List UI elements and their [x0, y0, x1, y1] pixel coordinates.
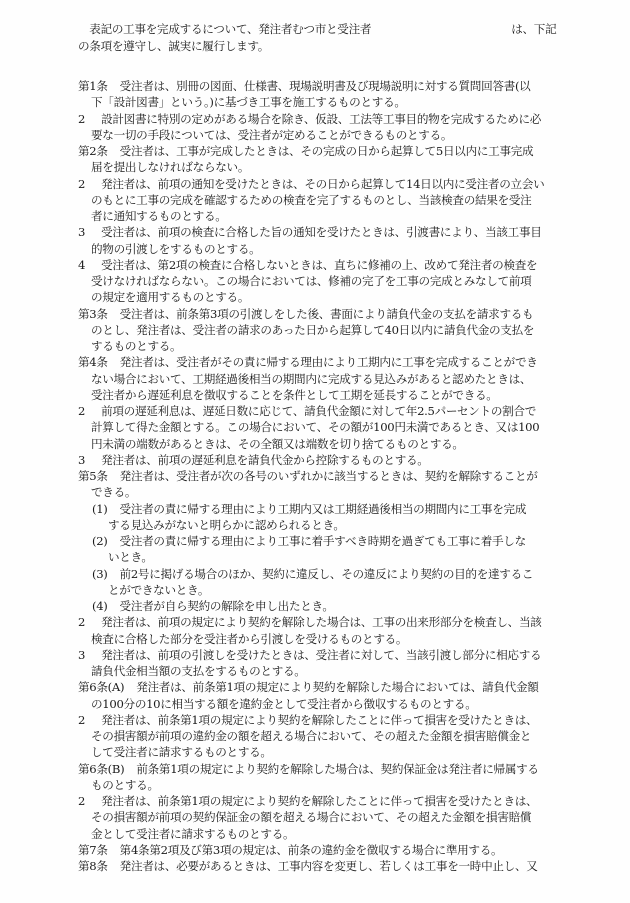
- clause-line-start: (1)受注者の責に帰する理由により工期内又は工期経過後相当の期間内に工事を完成: [78, 501, 548, 517]
- clause-line-start: 2発注者は、前条第1項の規定により契約を解除したことに伴って損害を受けたときは、: [78, 793, 548, 809]
- clause-number: 3: [78, 224, 85, 240]
- clause-number: 2: [78, 614, 85, 630]
- clause-text: その損害額が前項の違約金の額を超える場合において、その超えた金額を損害賠償金と: [91, 729, 531, 743]
- contract-clauses: 第1条受注者は、別冊の図面、仕様書、現場説明書及び現場説明に対する質問回答書(以…: [78, 78, 548, 874]
- clause-line-continuation: 下「設計図書」という。)に基づき工事を施工するものとする。: [78, 94, 548, 110]
- contract-document-page: 表記の工事を完成するについて、発注者むつ市と受注者は、下記 の条項を遵守し、誠実…: [0, 0, 630, 903]
- clause-line-continuation: するものとする。: [78, 338, 548, 354]
- clause-text: 受注者は、前条第3項の引渡しをした後、書面により請負代金の支払を請求するも: [120, 307, 534, 321]
- clause-number: 3: [78, 452, 85, 468]
- clause-text: 受注者の責に帰する理由により工事に着手すべき時期を過ぎても工事に着手しな: [120, 534, 526, 548]
- clause-line-start: (3)前2号に掲げる場合のほか、契約に違反し、その違反により契約の目的を達するこ: [78, 566, 548, 582]
- clause-text: 金として受注者に請求するものとする。: [91, 827, 294, 841]
- clause-text: 者に通知するものとする。: [91, 209, 227, 223]
- clause-number: 2: [78, 403, 85, 419]
- clause-text: するものとする。: [91, 339, 181, 353]
- clause-line-start: 第3条受注者は、前条第3項の引渡しをした後、書面により請負代金の支払を請求するも: [78, 306, 548, 322]
- clause-line-continuation: とができないとき。: [78, 582, 548, 598]
- clause-text: のもとに工事の完成を確認するための検査を完了するものとし、当該検査の結果を受注: [91, 193, 531, 207]
- clause-text: 発注者は、前項の引渡しを受けたときは、受注者に対して、当該引渡し部分に相応する: [101, 648, 541, 662]
- clause-line-start: 第8条発注者は、必要があるときは、工事内容を変更し、若しくは工事を一時中止し、又: [78, 858, 548, 874]
- clause-text: 受注者は、別冊の図面、仕様書、現場説明書及び現場説明に対する質問回答書(以: [120, 79, 531, 93]
- clause-number: 2: [78, 793, 85, 809]
- clause-line-continuation: その損害額が前項の違約金の額を超える場合において、その超えた金額を損害賠償金と: [78, 728, 548, 744]
- clause-text: 要な一切の手段については、受注者が定めることができるものとする。: [91, 128, 452, 142]
- clause-number: (2): [92, 533, 108, 549]
- preamble: 表記の工事を完成するについて、発注者むつ市と受注者は、下記 の条項を遵守し、誠実…: [78, 21, 548, 55]
- clause-line-start: 2発注者は、前項の通知を受けたときは、その日から起算して14日以内に受注者の立会…: [78, 176, 548, 192]
- clause-number: 第1条: [78, 78, 108, 94]
- clause-text: 発注者は、前項の通知を受けたときは、その日から起算して14日以内に受注者の立会い: [101, 177, 544, 191]
- clause-text: 受注者から遅延利息を徴収することを条件として工期を延長することができる。: [91, 388, 498, 402]
- clause-line-start: 2設計図書に特別の定めがある場合を除き、仮設、工法等工事目的物を完成するために必: [78, 111, 548, 127]
- clause-text: 受注者の責に帰する理由により工期内又は工期経過後相当の期間内に工事を完成: [120, 502, 527, 516]
- clause-number: 2: [78, 712, 85, 728]
- clause-number: 第4条: [78, 354, 108, 370]
- clause-text: 前条第1項の規定により契約を解除した場合は、契約保証金は発注者に帰属する: [136, 762, 538, 776]
- clause-text: 前項の遅延利息は、遅延日数に応じて、請負代金額に対して年2.5パーセントの割合で: [101, 404, 536, 418]
- clause-text: 受注者が自ら契約の解除を申し出たとき。: [120, 599, 334, 613]
- clause-text: 受注者は、第2項の検査に合格しないときは、直ちに修補の上、改めて発注者の検査を: [101, 258, 537, 272]
- clause-line-start: (2)受注者の責に帰する理由により工事に着手すべき時期を過ぎても工事に着手しな: [78, 533, 548, 549]
- clause-text: ものとする。: [91, 778, 159, 792]
- clause-line-start: 第4条発注者は、受注者がその責に帰する理由により工期内に工事を完成することができ: [78, 354, 548, 370]
- clause-line-start: 第5条発注者は、受注者が次の各号のいずれかに該当するときは、契約を解除することが: [78, 468, 548, 484]
- clause-number: 第7条: [78, 842, 108, 858]
- clause-line-start: 第7条第4条第2項及び第3項の規定は、前条の違約金を徴収する場合に準用する。: [78, 842, 548, 858]
- clause-text: 発注者は、前項の規定により契約を解除した場合は、工事の出来形部分を検査し、当該: [101, 615, 541, 629]
- clause-line-start: 第2条受注者は、工事が完成したときは、その完成の日から起算して5日以内に工事完成: [78, 143, 548, 159]
- clause-line-start: 2発注者は、前条第1項の規定により契約を解除したことに伴って損害を受けたときは、: [78, 712, 548, 728]
- clause-line-continuation: 金として受注者に請求するものとする。: [78, 826, 548, 842]
- preamble-text-b: は、下記: [511, 22, 556, 36]
- clause-line-continuation: いとき。: [78, 549, 548, 565]
- clause-line-continuation: 者に通知するものとする。: [78, 208, 548, 224]
- preamble-text-a: 表記の工事を完成するについて、発注者むつ市と受注者: [78, 22, 371, 36]
- clause-text: ない場合において、工期経過後相当の期間内に完成する見込みがあると認めたときは、: [91, 372, 531, 386]
- clause-text: いとき。: [108, 550, 153, 564]
- clause-line-start: 第6条(A)発注者は、前条第1項の規定により契約を解除した場合においては、請負代…: [78, 679, 548, 695]
- clause-text: の100分の10に相当する額を違約金として受注者から徴収するものとする。: [91, 697, 477, 711]
- clause-text: 発注者は、前条第1項の規定により契約を解除したことに伴って損害を受けたときは、: [101, 794, 537, 808]
- clause-line-continuation: 届を提出しなければならない。: [78, 159, 548, 175]
- clause-number: 2: [78, 111, 85, 127]
- clause-line-continuation: 計算して得た金額とする。この場合において、その額が100円未満であるとき、又は1…: [78, 419, 548, 435]
- clause-line-start: 2前項の遅延利息は、遅延日数に応じて、請負代金額に対して年2.5パーセントの割合…: [78, 403, 548, 419]
- clause-line-start: 3受注者は、前項の検査に合格した旨の通知を受けたときは、引渡書により、当該工事目: [78, 224, 548, 240]
- clause-number: (4): [92, 598, 108, 614]
- clause-text: 届を提出しなければならない。: [91, 160, 249, 174]
- clause-line-start: 3発注者は、前項の遅延利息を請負代金から控除するものとする。: [78, 452, 548, 468]
- clause-text: とができないとき。: [108, 583, 209, 597]
- preamble-line-2: の条項を遵守し、誠実に履行します。: [78, 38, 548, 55]
- clause-line-start: 4受注者は、第2項の検査に合格しないときは、直ちに修補の上、改めて発注者の検査を: [78, 257, 548, 273]
- clause-line-continuation: 円未満の端数があるときは、その全額又は端数を切り捨てるものとする。: [78, 436, 548, 452]
- clause-number: 第3条: [78, 306, 108, 322]
- clause-line-start: (4)受注者が自ら契約の解除を申し出たとき。: [78, 598, 548, 614]
- clause-text: 検査に合格した部分を受注者から引渡しを受けるものとする。: [91, 632, 407, 646]
- clause-text: の規定を適用するものとする。: [91, 290, 249, 304]
- clause-line-continuation: 検査に合格した部分を受注者から引渡しを受けるものとする。: [78, 631, 548, 647]
- preamble-line-1: 表記の工事を完成するについて、発注者むつ市と受注者は、下記: [78, 21, 548, 38]
- clause-line-continuation: 的物の引渡しをするものとする。: [78, 241, 548, 257]
- clause-text: 前2号に掲げる場合のほか、契約に違反し、その違反により契約の目的を達するこ: [120, 567, 534, 581]
- clause-text: 受けなければならない。この場合においては、修補の完了を工事の完成とみなして前項: [91, 274, 531, 288]
- clause-text: 第4条第2項及び第3項の規定は、前条の違約金を徴収する場合に準用する。: [120, 843, 503, 857]
- clause-line-continuation: できる。: [78, 484, 548, 500]
- clause-line-continuation: して受注者に請求するものとする。: [78, 744, 548, 760]
- clause-text: する見込みがないと明らかに認められるとき。: [108, 518, 345, 532]
- clause-line-continuation: 受注者から遅延利息を徴収することを条件として工期を延長することができる。: [78, 387, 548, 403]
- clause-number: (1): [92, 501, 108, 517]
- clause-text: 請負代金相当額の支払をするものとする。: [91, 664, 306, 678]
- clause-text: 受注者は、工事が完成したときは、その完成の日から起算して5日以内に工事完成: [120, 144, 534, 158]
- clause-number: 第6条(A): [78, 679, 124, 695]
- clause-line-start: 第1条受注者は、別冊の図面、仕様書、現場説明書及び現場説明に対する質問回答書(以: [78, 78, 548, 94]
- clause-text: 発注者は、受注者が次の各号のいずれかに該当するときは、契約を解除することが: [120, 469, 538, 483]
- clause-line-continuation: の100分の10に相当する額を違約金として受注者から徴収するものとする。: [78, 696, 548, 712]
- clause-line-start: 2発注者は、前項の規定により契約を解除した場合は、工事の出来形部分を検査し、当該: [78, 614, 548, 630]
- clause-text: 的物の引渡しをするものとする。: [91, 242, 260, 256]
- clause-text: 発注者は、必要があるときは、工事内容を変更し、若しくは工事を一時中止し、又: [120, 859, 538, 873]
- clause-number: 2: [78, 176, 85, 192]
- clause-number: (3): [92, 566, 108, 582]
- clause-text: 発注者は、前項の遅延利息を請負代金から控除するものとする。: [101, 453, 429, 467]
- clause-number: 3: [78, 647, 85, 663]
- clause-line-continuation: する見込みがないと明らかに認められるとき。: [78, 517, 548, 533]
- clause-line-continuation: ない場合において、工期経過後相当の期間内に完成する見込みがあると認めたときは、: [78, 371, 548, 387]
- clause-line-continuation: のとし、発注者は、受注者の請求のあった日から起算して40日以内に請負代金の支払を: [78, 322, 548, 338]
- clause-line-continuation: その損害額が前項の契約保証金の額を超える場合において、その超えた金額を損害賠償: [78, 809, 548, 825]
- clause-number: 第5条: [78, 468, 108, 484]
- clause-text: 発注者は、受注者がその責に帰する理由により工期内に工事を完成することができ: [120, 355, 538, 369]
- clause-number: 第8条: [78, 858, 108, 874]
- clause-text: 発注者は、前条第1項の規定により契約を解除した場合においては、請負代金額: [136, 680, 538, 694]
- clause-text: のとし、発注者は、受注者の請求のあった日から起算して40日以内に請負代金の支払を: [91, 323, 534, 337]
- clause-text: 設計図書に特別の定めがある場合を除き、仮設、工法等工事目的物を完成するために必: [101, 112, 541, 126]
- clause-line-continuation: 要な一切の手段については、受注者が定めることができるものとする。: [78, 127, 548, 143]
- clause-number: 第6条(B): [78, 761, 124, 777]
- clause-line-start: 第6条(B)前条第1項の規定により契約を解除した場合は、契約保証金は発注者に帰属…: [78, 761, 548, 777]
- clause-line-continuation: ものとする。: [78, 777, 548, 793]
- clause-text: して受注者に請求するものとする。: [91, 745, 272, 759]
- clause-text: その損害額が前項の契約保証金の額を超える場合において、その超えた金額を損害賠償: [91, 810, 531, 824]
- clause-text: できる。: [91, 485, 136, 499]
- clause-text: 円未満の端数があるときは、その全額又は端数を切り捨てるものとする。: [91, 437, 464, 451]
- clause-text: 計算して得た金額とする。この場合において、その額が100円未満であるとき、又は1…: [91, 420, 539, 434]
- clause-line-continuation: のもとに工事の完成を確認するための検査を完了するものとし、当該検査の結果を受注: [78, 192, 548, 208]
- clause-line-continuation: 受けなければならない。この場合においては、修補の完了を工事の完成とみなして前項: [78, 273, 548, 289]
- clause-text: 発注者は、前条第1項の規定により契約を解除したことに伴って損害を受けたときは、: [101, 713, 537, 727]
- clause-text: 下「設計図書」という。)に基づき工事を施工するものとする。: [91, 95, 406, 109]
- clause-number: 4: [78, 257, 85, 273]
- clause-line-continuation: 請負代金相当額の支払をするものとする。: [78, 663, 548, 679]
- clause-number: 第2条: [78, 143, 108, 159]
- clause-line-continuation: の規定を適用するものとする。: [78, 289, 548, 305]
- clause-line-start: 3発注者は、前項の引渡しを受けたときは、受注者に対して、当該引渡し部分に相応する: [78, 647, 548, 663]
- clause-text: 受注者は、前項の検査に合格した旨の通知を受けたときは、引渡書により、当該工事目: [101, 225, 541, 239]
